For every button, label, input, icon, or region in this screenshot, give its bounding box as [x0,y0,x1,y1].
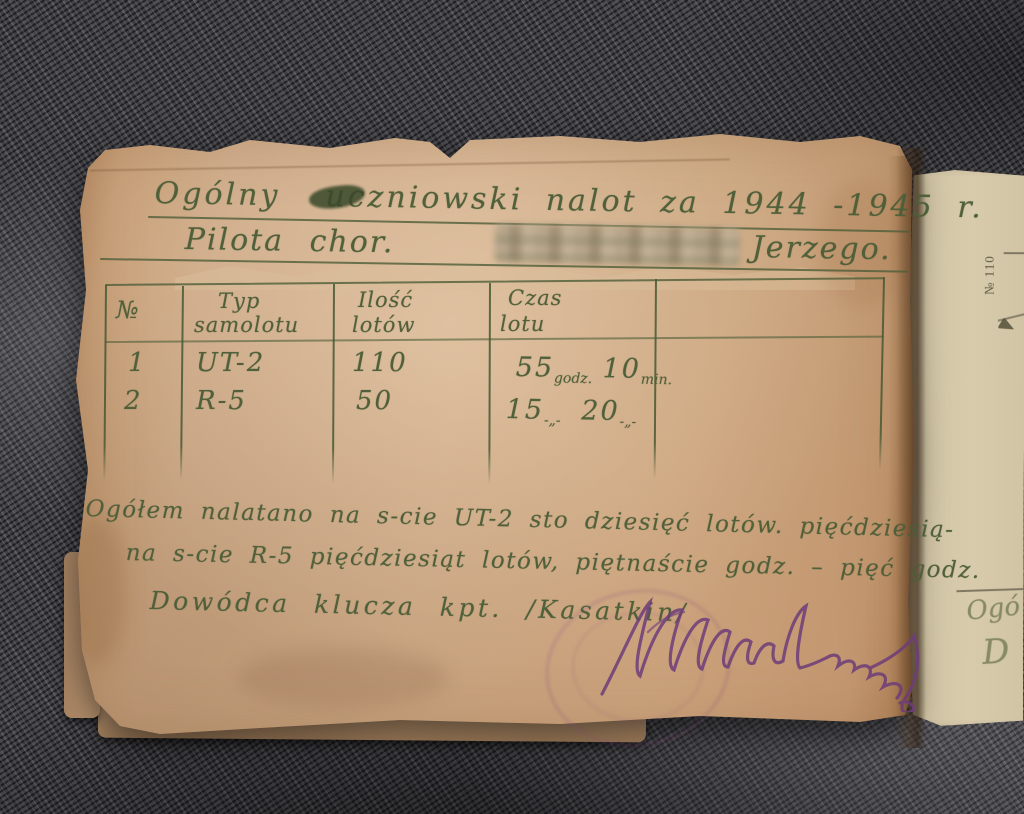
col-header-flights-2: lotów [352,313,415,337]
table-vline-1 [103,285,107,481]
cell-no: 2 [124,386,143,416]
name-redaction [495,224,741,266]
time-mins-unit: min. [641,372,672,388]
logbook-photo: № 110 Ogó D Ogólny uczniowski nalot za 1… [0,0,1024,814]
cell-flights: 110 [352,348,408,378]
time-mins-unit: -„- [619,414,636,430]
col-header-type-2: samolotu [194,313,299,337]
time-hours: 55 [516,352,555,384]
time-hours: 15 [505,394,544,426]
subtitle-suffix: Jerzego. [751,230,892,267]
cell-flights: 50 [356,386,393,416]
time-mins: 20 [581,395,620,427]
time-hours-unit: -„- [544,413,561,429]
cell-time: 15-„- 20-„- [505,394,636,430]
col-header-no: № [116,296,140,324]
cell-type: R-5 [196,386,247,416]
title-word-1: Ogólny [154,176,280,213]
signature-scrawl [588,572,928,712]
col-header-time-1: Czas [508,286,562,310]
subtitle-prefix: Pilota chor. [184,222,394,260]
col-header-type-1: Typ [218,289,260,313]
table-vline-4 [488,283,491,485]
title-rest: uczniowski nalot za 1944 -1945 r. [325,179,984,225]
cell-type: UT-2 [196,348,265,378]
time-hours-unit: godz. [554,371,592,388]
table-top-border [105,277,884,286]
page-content: Ogólny uczniowski nalot za 1944 -1945 r.… [0,0,1024,814]
cell-time: 55godz. 10min. [516,352,673,388]
time-mins: 10 [602,353,641,385]
summary-line-1: Ogółem nalatano na s-cie UT-2 sto dziesi… [85,496,954,543]
col-header-flights-1: Ilość [358,288,413,312]
cell-no: 1 [128,348,147,378]
col-header-time-2: lotu [500,312,545,336]
table-vline-3 [332,284,335,484]
table-vline-6 [879,277,885,470]
table-vline-2 [180,286,184,480]
